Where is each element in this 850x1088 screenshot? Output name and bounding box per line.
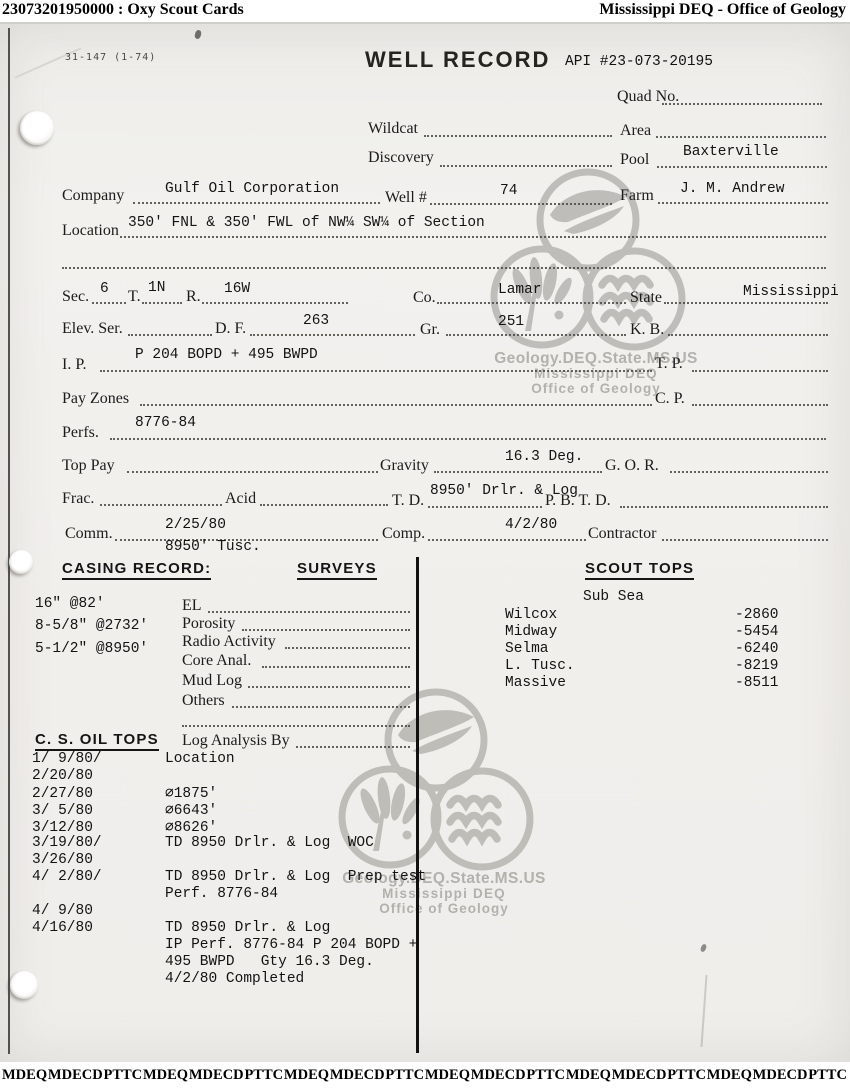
entry-note: TD 8950 Drlr. & Log Prep test [165, 869, 426, 885]
dotted-line [428, 506, 542, 508]
casing-item: 8-5/8" @2732' [35, 618, 148, 634]
scout-top-depth: -2860 [735, 607, 779, 623]
gravity-label: Gravity [380, 457, 429, 475]
dotted-line [662, 103, 822, 105]
footer-org-tag: MDECD [612, 1067, 667, 1088]
oil-top-entry: 3/12/80∅8626' [32, 819, 426, 836]
dotted-line [182, 725, 410, 727]
footer-org-tag: PTTC [808, 1067, 847, 1088]
footer-org-tag: MDECD [753, 1067, 808, 1088]
kb-label: K. B. [630, 321, 664, 339]
entry-date: 3/12/80 [32, 820, 165, 836]
gravity-value: 16.3 Deg. [505, 449, 583, 465]
dotted-line [208, 611, 410, 613]
tp-label: T. P. [655, 355, 683, 373]
dotted-line [260, 504, 388, 506]
oil-top-entry: IP Perf. 8776-84 P 204 BOPD + [32, 937, 426, 954]
gr-label: Gr. [420, 321, 440, 339]
comp-date-value: 4/2/80 [505, 517, 557, 533]
footer-org-tag: MDEQ [707, 1067, 752, 1088]
farm-label: Farm [620, 187, 654, 205]
api-number: API #23-073-20195 [565, 54, 713, 70]
oil-top-entry: 4/ 9/80 [32, 903, 426, 920]
casing-record-header: CASING RECORD: [62, 560, 211, 580]
footer-org-tag: PTTC [526, 1067, 565, 1088]
oil-top-entry: 4/2/80 Completed [32, 971, 426, 988]
footer-org-tag: PTTC [103, 1067, 142, 1088]
entry-note: TD 8950 Drlr. & Log WOC [165, 835, 374, 851]
entry-date: 2/20/80 [32, 768, 165, 784]
viewer-header: 23073201950000 : Oxy Scout Cards Mississ… [0, 0, 850, 22]
entry-date: 3/26/80 [32, 852, 165, 868]
footer-org-tag: PTTC [385, 1067, 424, 1088]
scout-top-depth: -5454 [735, 624, 779, 640]
footer-org-tag: MDECD [471, 1067, 526, 1088]
scout-top-name: Selma [505, 641, 549, 657]
dotted-line [262, 666, 410, 668]
entry-note: Perf. 8776-84 [165, 886, 278, 902]
state-label: State [630, 289, 662, 307]
dotted-line [437, 302, 626, 304]
oil-top-entry: 2/27/80∅1875' [32, 785, 426, 802]
survey-others-label: Others [182, 692, 225, 710]
scout-top-depth: -8511 [735, 675, 779, 691]
scout-top-depth: -6240 [735, 641, 779, 657]
range-label: R. [186, 288, 201, 306]
pool-label: Pool [620, 151, 649, 169]
township-label: T. [128, 288, 141, 306]
dotted-line [664, 302, 828, 304]
ip-value: P 204 BOPD + 495 BWPD [135, 347, 318, 363]
viewer-footer: MDEQ MDECD PTTC MDEQ MDECD PTTC MDEQ MDE… [0, 1062, 850, 1088]
frac-label: Frac. [62, 490, 94, 508]
quad-no-label: Quad No. [617, 88, 679, 106]
footer-org-tag: MDECD [189, 1067, 244, 1088]
entry-note: ∅1875' [165, 786, 217, 802]
cp-label: C. P. [655, 390, 685, 408]
dotted-line [142, 302, 182, 304]
dotted-line [100, 370, 652, 372]
perfs-label: Perfs. [62, 424, 99, 442]
township-value: 1N [148, 280, 165, 296]
survey-log-analysis-label: Log Analysis By [182, 732, 290, 750]
dotted-line [62, 267, 826, 269]
survey-radioactivity-label: Radio Activity [182, 633, 276, 651]
dotted-line [120, 236, 826, 238]
dotted-line [424, 135, 612, 137]
gor-label: G. O. R. [605, 457, 659, 475]
farm-value: J. M. Andrew [680, 181, 784, 197]
gr-value: 251 [498, 314, 524, 330]
entry-date: 3/ 5/80 [32, 803, 165, 819]
dotted-line [285, 647, 410, 649]
entry-note: TD 8950 Drlr. & Log [165, 920, 330, 936]
dotted-line [100, 504, 222, 506]
survey-el-label: EL [182, 597, 202, 615]
footer-org-tag: MDEQ [2, 1067, 47, 1088]
dotted-line [668, 334, 828, 336]
comm-depth-value: 8950' Tusc. [165, 539, 261, 555]
hole-punch [9, 550, 33, 574]
entry-date: 4/ 9/80 [32, 903, 165, 919]
oil-top-entry: 1/ 9/80/Location [32, 751, 426, 768]
dotted-line [110, 438, 826, 440]
document-id-title: 23073201950000 : Oxy Scout Cards [2, 1, 244, 22]
dotted-line [248, 686, 410, 688]
dotted-line [430, 203, 612, 205]
company-label: Company [62, 187, 124, 205]
survey-core-anal-label: Core Anal. [182, 652, 251, 670]
df-label: D. F. [215, 320, 246, 338]
dotted-line [620, 506, 828, 508]
oil-tops-header: C. S. OIL TOPS [35, 731, 159, 751]
footer-org-tag: MDECD [330, 1067, 385, 1088]
dotted-line [140, 404, 652, 406]
wildcat-label: Wildcat [368, 120, 418, 138]
oil-top-entry: 3/19/80/TD 8950 Drlr. & Log WOC [32, 835, 426, 852]
pay-zones-label: Pay Zones [62, 390, 129, 408]
dotted-line [428, 539, 586, 541]
scout-top-depth: -8219 [735, 658, 779, 674]
agency-title: Mississippi DEQ - Office of Geology [599, 1, 846, 22]
dotted-line [657, 166, 827, 168]
dotted-line [692, 404, 828, 406]
county-value: Lamar [498, 282, 542, 298]
entry-note: Location [165, 751, 235, 767]
county-label: Co. [413, 289, 436, 307]
scan-edge-line [8, 28, 10, 1054]
oil-top-entry: 3/26/80 [32, 852, 426, 869]
entry-date: 3/19/80/ [32, 835, 165, 851]
top-pay-label: Top Pay [62, 457, 115, 475]
page-title: WELL RECORD [365, 47, 550, 73]
dotted-line [232, 706, 410, 708]
dotted-line [133, 202, 380, 204]
contractor-label: Contractor [588, 525, 656, 543]
range-value: 16W [224, 281, 250, 297]
oil-tops-log: 1/ 9/80/Location 2/20/80 2/27/80∅1875' 3… [32, 751, 426, 987]
oil-top-entry: 2/20/80 [32, 768, 426, 785]
scout-tops-header: SCOUT TOPS [585, 560, 694, 580]
footer-org-tag: MDECD [48, 1067, 103, 1088]
dotted-line [656, 136, 826, 138]
td-label: T. D. [392, 492, 424, 510]
dotted-line [127, 471, 378, 473]
casing-item: 5-1/2" @8950' [35, 641, 148, 657]
company-value: Gulf Oil Corporation [165, 181, 339, 197]
well-number-label: Well # [385, 189, 427, 207]
scout-top-name: L. Tusc. [505, 658, 575, 674]
location-value: 350' FNL & 350' FWL of NW¼ SW¼ of Sectio… [128, 215, 485, 231]
entry-note: ∅6643' [165, 803, 217, 819]
comm-date-value: 2/25/80 [165, 517, 226, 533]
scout-top-name: Wilcox [505, 607, 557, 623]
survey-porosity-label: Porosity [182, 615, 235, 633]
td-value: 8950' Drlr. & Log [430, 483, 578, 499]
dotted-line [692, 370, 828, 372]
dotted-line [658, 202, 828, 204]
survey-mud-log-label: Mud Log [182, 672, 242, 690]
oil-top-entry: 495 BWPD Gty 16.3 Deg. [32, 954, 426, 971]
entry-note: 4/2/80 Completed [165, 971, 304, 987]
scout-top-name: Midway [505, 624, 557, 640]
pool-value: Baxterville [683, 144, 779, 160]
dotted-line [434, 471, 602, 473]
dotted-line [250, 334, 415, 336]
section-value: 6 [100, 281, 109, 297]
dotted-line [92, 302, 126, 304]
dotted-line [670, 471, 828, 473]
comm-label: Comm. [65, 525, 113, 543]
form-number: 31-147 (1-74) [65, 52, 156, 63]
footer-org-tag: MDEQ [425, 1067, 470, 1088]
dotted-line [440, 165, 612, 167]
well-number-value: 74 [500, 183, 517, 199]
section-label: Sec. [62, 288, 89, 306]
oil-top-entry: 4/16/80TD 8950 Drlr. & Log [32, 920, 426, 937]
oil-top-entry: 3/ 5/80∅6643' [32, 802, 426, 819]
footer-org-tag: MDEQ [143, 1067, 188, 1088]
entry-note: 495 BWPD Gty 16.3 Deg. [165, 954, 374, 970]
area-label: Area [620, 122, 651, 140]
elev-ser-label: Elev. Ser. [62, 320, 123, 338]
entry-note: IP Perf. 8776-84 P 204 BOPD + [165, 937, 417, 953]
state-value: Mississippi [743, 284, 839, 300]
casing-item: 16" @82' [35, 596, 105, 612]
dotted-line [446, 334, 626, 336]
df-value: 263 [303, 313, 329, 329]
dotted-line [242, 629, 410, 631]
scout-top-name: Massive [505, 675, 566, 691]
footer-org-tag: MDEQ [566, 1067, 611, 1088]
footer-org-tag: PTTC [667, 1067, 706, 1088]
dotted-line [296, 746, 410, 748]
footer-org-tag: PTTC [244, 1067, 283, 1088]
dotted-line [128, 334, 212, 336]
entry-note: ∅8626' [165, 820, 217, 836]
acid-label: Acid [225, 490, 256, 508]
dotted-line [202, 302, 348, 304]
ip-label: I. P. [62, 356, 86, 374]
hole-punch [20, 111, 54, 145]
entry-date: 4/16/80 [32, 920, 165, 936]
entry-date: 4/ 2/80/ [32, 869, 165, 885]
perfs-value: 8776-84 [135, 415, 196, 431]
scout-tops-subheader: Sub Sea [583, 589, 644, 605]
comp-label: Comp. [382, 525, 425, 543]
oil-top-entry: 4/ 2/80/TD 8950 Drlr. & Log Prep test [32, 869, 426, 886]
oil-top-entry: Perf. 8776-84 [32, 886, 426, 903]
dotted-line [662, 539, 828, 541]
entry-date: 1/ 9/80/ [32, 751, 165, 767]
entry-date: 2/27/80 [32, 786, 165, 802]
discovery-label: Discovery [368, 149, 434, 167]
location-label: Location [62, 222, 119, 240]
surveys-header: SURVEYS [297, 560, 377, 580]
footer-org-tag: MDEQ [284, 1067, 329, 1088]
